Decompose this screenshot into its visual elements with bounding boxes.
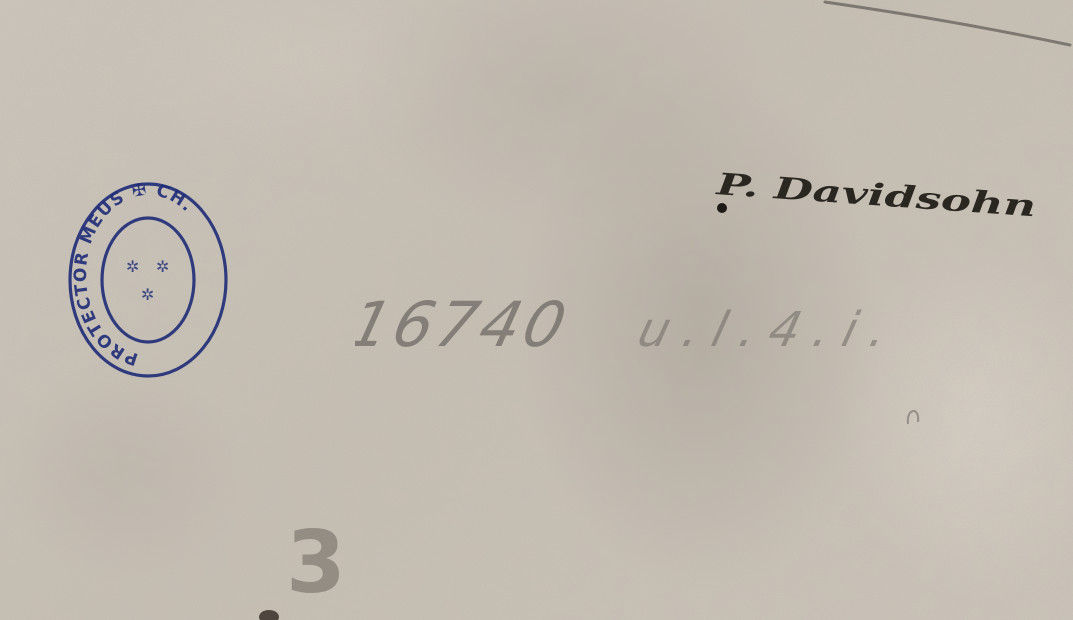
stamp-star-marks: ✲ ✲ ✲ xyxy=(126,257,169,304)
oval-ink-stamp: PROTECTOR MEUS ✠ CH. ✲ ✲ ✲ xyxy=(64,180,232,380)
svg-text:✲: ✲ xyxy=(126,257,139,276)
pencil-crease-line xyxy=(820,0,1073,55)
svg-text:✲: ✲ xyxy=(141,285,154,304)
faint-pencil-mark xyxy=(900,400,930,430)
smudged-numeral-mark: 3 xyxy=(280,500,360,610)
signature-text: P. Davidsohn xyxy=(714,167,1037,224)
inventory-suffix: u.l.4.i. xyxy=(633,303,907,358)
pencil-inventory-number: 16740 u.l.4.i. xyxy=(355,268,965,378)
inventory-number: 16740 xyxy=(355,289,577,361)
paper-background: PROTECTOR MEUS ✠ CH. ✲ ✲ ✲ P. Davidsohn … xyxy=(0,0,1073,620)
ink-spot xyxy=(255,605,285,620)
svg-text:3: 3 xyxy=(286,513,346,610)
svg-text:✲: ✲ xyxy=(156,257,169,276)
ink-signature: P. Davidsohn xyxy=(708,160,1048,230)
